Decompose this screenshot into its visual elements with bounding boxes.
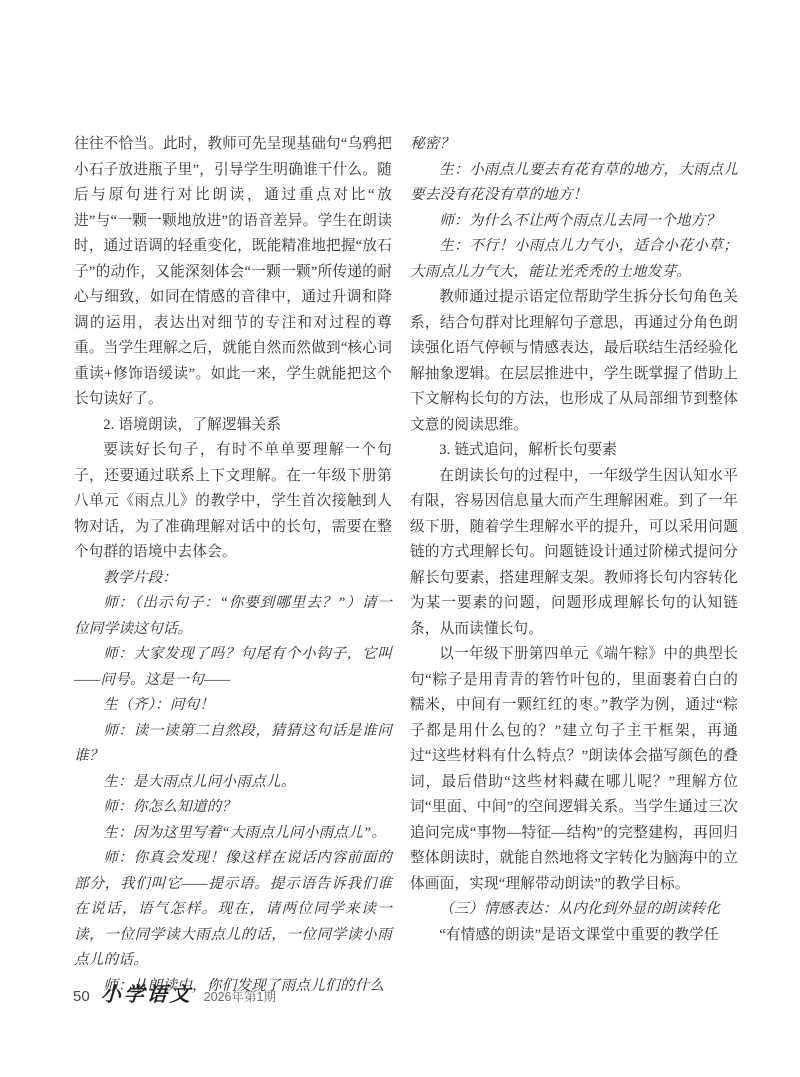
- dialogue-paragraph: 生：不行！小雨点儿力气小，适合小花小草；大雨点儿力气大，能让光秃秃的土地发芽。: [410, 234, 738, 285]
- left-column: 往往不恰当。此时，教师可先呈现基础句“乌鸦把小石子放进瓶子里”，引导学生明确谁干…: [74, 132, 392, 999]
- page-footer: 50 小学语文 2026年第1期: [73, 978, 276, 1007]
- dialogue-paragraph: 生：因为这里写着“大雨点儿问小雨点儿”。: [74, 821, 392, 847]
- dialogue-paragraph: 教学片段：: [74, 566, 392, 592]
- journal-name-logo: 小学语文: [100, 978, 194, 1007]
- dialogue-paragraph: 生：是大雨点儿问小雨点儿。: [74, 770, 392, 796]
- dialogue-paragraph: 师：你怎么知道的？: [74, 795, 392, 821]
- dialogue-paragraph: 师：大家发现了吗？句尾有个小钩子，它叫——问号。这是一句——: [74, 642, 392, 693]
- dialogue-paragraph: 生（齐）：问句！: [74, 693, 392, 719]
- body-paragraph: 教师通过提示语定位帮助学生拆分长句角色关系，结合句群对比理解句子意思，再通过分角…: [410, 285, 738, 438]
- body-paragraph: 往往不恰当。此时，教师可先呈现基础句“乌鸦把小石子放进瓶子里”，引导学生明确谁干…: [74, 132, 392, 413]
- right-column: 秘密？生：小雨点儿要去有花有草的地方，大雨点儿要去没有花没有草的地方！师：为什么…: [410, 132, 738, 948]
- section-heading: 3. 链式追问，解析长句要素: [410, 438, 738, 464]
- issue-label: 2026年第1期: [204, 987, 276, 1005]
- dialogue-paragraph: 师：（出示句子：“你要到哪里去？”）请一位同学读这句话。: [74, 591, 392, 642]
- body-paragraph: 以一年级下册第四单元《端午粽》中的典型长句“粽子是用青青的箬竹叶包的，里面裹着白…: [410, 642, 738, 897]
- dialogue-paragraph: 师：为什么不让两个雨点儿去同一个地方？: [410, 209, 738, 235]
- page-number: 50: [73, 988, 90, 1005]
- journal-page: 往往不恰当。此时，教师可先呈现基础句“乌鸦把小石子放进瓶子里”，引导学生明确谁干…: [0, 0, 800, 1077]
- section-heading: 2. 语境朗读，了解逻辑关系: [74, 413, 392, 439]
- body-paragraph: 在朗读长句的过程中，一年级学生因认知水平有限，容易因信息量大而产生理解困难。到了…: [410, 464, 738, 643]
- dialogue-paragraph: 师：你真会发现！像这样在说话内容前面的部分，我们叫它——提示语。提示语告诉我们谁…: [74, 846, 392, 974]
- dialogue-paragraph: 生：小雨点儿要去有花有草的地方，大雨点儿要去没有花没有草的地方！: [410, 158, 738, 209]
- dialogue-paragraph: 师：读一读第二自然段，猜猜这句话是谁问谁？: [74, 719, 392, 770]
- sub-section-heading: （三）情感表达：从内化到外显的朗读转化: [410, 897, 738, 923]
- body-paragraph: “有情感的朗读”是语文课堂中重要的教学任: [410, 923, 738, 949]
- body-paragraph: 要读好长句子，有时不单单要理解一个句子，还要通过联系上下文理解。在一年级下册第八…: [74, 438, 392, 566]
- dialogue-paragraph: 秘密？: [410, 132, 738, 158]
